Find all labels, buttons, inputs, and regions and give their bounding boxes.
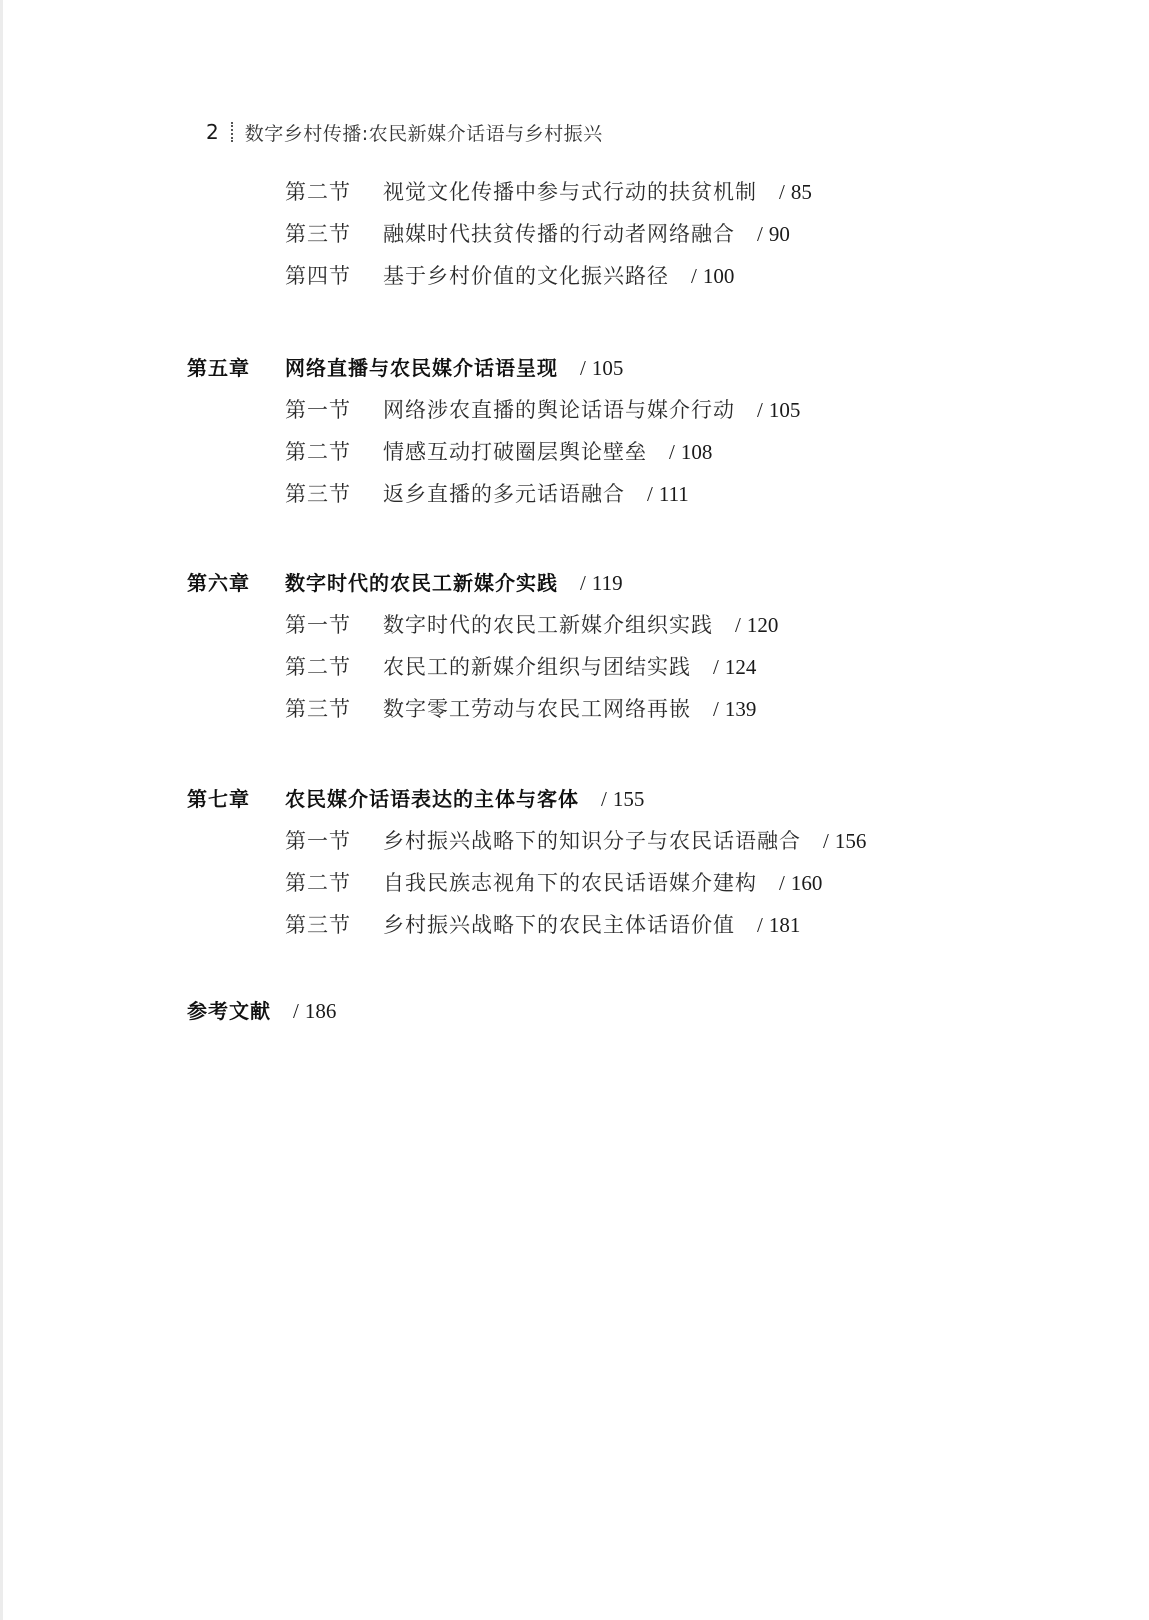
slash-separator: /	[293, 999, 299, 1023]
toc-section[interactable]: 第二节农民工的新媒介组织与团结实践/124	[285, 652, 756, 682]
toc-section[interactable]: 第二节自我民族志视角下的农民话语媒介建构/160	[285, 868, 822, 898]
toc-entry-page: /119	[580, 568, 623, 598]
page-number: 105	[592, 356, 624, 380]
toc-entry-title: 农民媒介话语表达的主体与客体	[285, 784, 579, 814]
toc-references-title: 参考文献	[187, 996, 271, 1026]
toc-section[interactable]: 第二节视觉文化传播中参与式行动的扶贫机制/85	[285, 177, 812, 207]
toc-section[interactable]: 第三节返乡直播的多元话语融合/111	[285, 479, 689, 509]
slash-separator: /	[669, 440, 675, 464]
toc-entry-label: 第三节	[285, 219, 383, 249]
page-number: 156	[835, 829, 867, 853]
toc-entry-title: 网络直播与农民媒介话语呈现	[285, 353, 558, 383]
toc-entry-label: 第三节	[285, 910, 383, 940]
toc-entry-label: 第一节	[285, 395, 383, 425]
toc-entry-title: 网络涉农直播的舆论话语与媒介行动	[383, 395, 735, 425]
toc-entry-title: 数字时代的农民工新媒介实践	[285, 568, 558, 598]
toc-entry-page: /160	[779, 868, 822, 898]
slash-separator: /	[601, 787, 607, 811]
toc-entry-title: 返乡直播的多元话语融合	[383, 479, 625, 509]
toc-entry-label: 第一节	[285, 610, 383, 640]
header-page-number: 2	[206, 120, 219, 144]
toc-references[interactable]: 参考文献 /186	[187, 996, 336, 1026]
header-separator	[231, 122, 233, 142]
toc-entry-title: 数字时代的农民工新媒介组织实践	[383, 610, 713, 640]
slash-separator: /	[713, 697, 719, 721]
header-book-title: 数字乡村传播:农民新媒介话语与乡村振兴	[245, 119, 603, 146]
page-number: 108	[681, 440, 713, 464]
slash-separator: /	[580, 356, 586, 380]
toc-entry-page: /155	[601, 784, 644, 814]
toc-entry-page: /105	[757, 395, 800, 425]
slash-separator: /	[735, 613, 741, 637]
page-number: 119	[592, 571, 623, 595]
toc-entry-label: 第六章	[187, 568, 285, 598]
toc-entry-page: /108	[669, 437, 712, 467]
toc-chapter[interactable]: 第六章数字时代的农民工新媒介实践/119	[187, 568, 623, 598]
slash-separator: /	[757, 913, 763, 937]
toc-section[interactable]: 第二节情感互动打破圈层舆论壁垒/108	[285, 437, 712, 467]
toc-section[interactable]: 第三节数字零工劳动与农民工网络再嵌/139	[285, 694, 756, 724]
page-number: 155	[613, 787, 645, 811]
page-number: 85	[791, 180, 812, 204]
slash-separator: /	[647, 482, 653, 506]
toc-entry-label: 第二节	[285, 652, 383, 682]
toc-references-page: /186	[293, 996, 336, 1026]
toc-entry-title: 基于乡村价值的文化振兴路径	[383, 261, 669, 291]
running-header: 2 数字乡村传播:农民新媒介话语与乡村振兴	[206, 118, 603, 146]
toc-entry-label: 第三节	[285, 479, 383, 509]
toc-entry-page: /90	[757, 219, 790, 249]
slash-separator: /	[757, 398, 763, 422]
slash-separator: /	[823, 829, 829, 853]
toc-entry-page: /181	[757, 910, 800, 940]
page-number: 186	[305, 999, 337, 1023]
toc-entry-label: 第二节	[285, 437, 383, 467]
page-number: 111	[659, 482, 689, 506]
toc-entry-page: /139	[713, 694, 756, 724]
toc-entry-page: /111	[647, 479, 689, 509]
toc-entry-page: /85	[779, 177, 812, 207]
slash-separator: /	[757, 222, 763, 246]
page-number: 120	[747, 613, 779, 637]
toc-entry-page: /156	[823, 826, 866, 856]
toc-entry-label: 第一节	[285, 826, 383, 856]
toc-entry-label: 第二节	[285, 177, 383, 207]
toc-entry-label: 第五章	[187, 353, 285, 383]
toc-chapter[interactable]: 第七章农民媒介话语表达的主体与客体/155	[187, 784, 644, 814]
toc-section[interactable]: 第一节乡村振兴战略下的知识分子与农民话语融合/156	[285, 826, 866, 856]
toc-entry-label: 第二节	[285, 868, 383, 898]
toc-entry-title: 情感互动打破圈层舆论壁垒	[383, 437, 647, 467]
slash-separator: /	[580, 571, 586, 595]
page-number: 124	[725, 655, 757, 679]
toc-entry-title: 农民工的新媒介组织与团结实践	[383, 652, 691, 682]
slash-separator: /	[779, 180, 785, 204]
page-edge	[0, 0, 3, 1620]
toc-section[interactable]: 第一节数字时代的农民工新媒介组织实践/120	[285, 610, 778, 640]
page-number: 105	[769, 398, 801, 422]
toc-entry-label: 第七章	[187, 784, 285, 814]
page-number: 139	[725, 697, 757, 721]
page-number: 160	[791, 871, 823, 895]
toc-entry-label: 第四节	[285, 261, 383, 291]
toc-section[interactable]: 第四节基于乡村价值的文化振兴路径/100	[285, 261, 734, 291]
toc-entry-title: 自我民族志视角下的农民话语媒介建构	[383, 868, 757, 898]
toc-entry-title: 数字零工劳动与农民工网络再嵌	[383, 694, 691, 724]
toc-entry-title: 乡村振兴战略下的农民主体话语价值	[383, 910, 735, 940]
toc-section[interactable]: 第一节网络涉农直播的舆论话语与媒介行动/105	[285, 395, 800, 425]
toc-entry-label: 第三节	[285, 694, 383, 724]
toc-section[interactable]: 第三节乡村振兴战略下的农民主体话语价值/181	[285, 910, 800, 940]
toc-entry-page: /100	[691, 261, 734, 291]
toc-entry-page: /120	[735, 610, 778, 640]
toc-entry-title: 融媒时代扶贫传播的行动者网络融合	[383, 219, 735, 249]
toc-entry-page: /105	[580, 353, 623, 383]
slash-separator: /	[713, 655, 719, 679]
slash-separator: /	[779, 871, 785, 895]
page-number: 90	[769, 222, 790, 246]
toc-entry-title: 视觉文化传播中参与式行动的扶贫机制	[383, 177, 757, 207]
page-number: 100	[703, 264, 735, 288]
toc-section[interactable]: 第三节融媒时代扶贫传播的行动者网络融合/90	[285, 219, 790, 249]
toc-entry-title: 乡村振兴战略下的知识分子与农民话语融合	[383, 826, 801, 856]
page-number: 181	[769, 913, 801, 937]
slash-separator: /	[691, 264, 697, 288]
toc-entry-page: /124	[713, 652, 756, 682]
toc-chapter[interactable]: 第五章网络直播与农民媒介话语呈现/105	[187, 353, 623, 383]
